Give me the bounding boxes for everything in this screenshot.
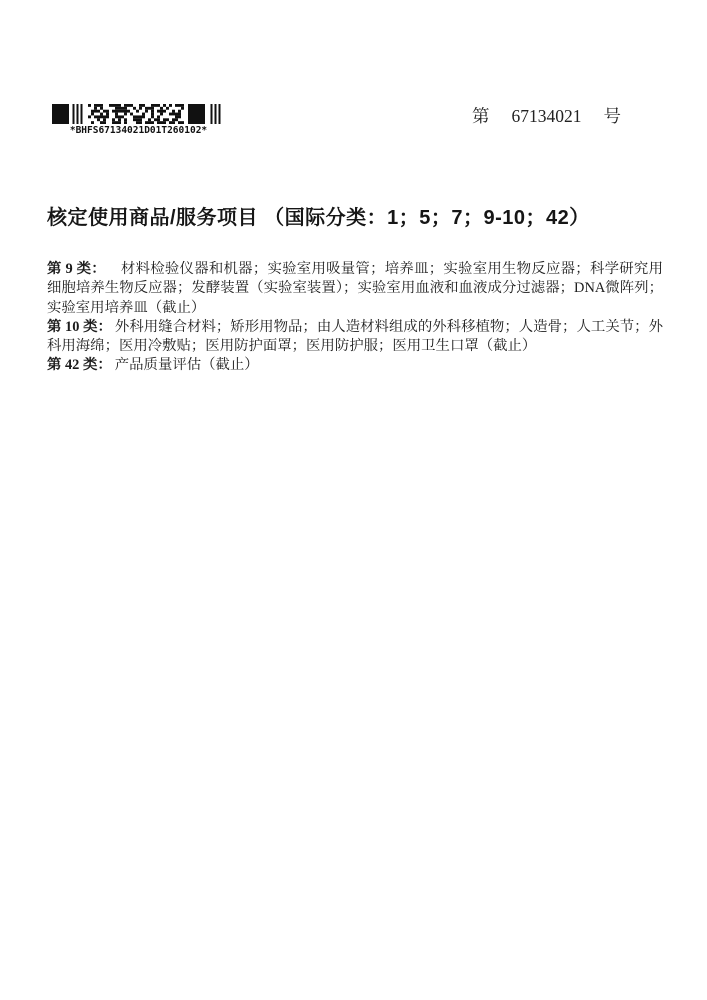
document-page: *BHFS67134021D01T260102* 第 67134021 号 核定… xyxy=(0,0,707,1000)
class-label: 第 9 类： xyxy=(47,261,106,277)
registration-number: 第 67134021 号 xyxy=(472,103,621,128)
registration-suffix: 号 xyxy=(604,103,622,128)
page-title: 核定使用商品/服务项目 （国际分类：1；5；7；9-10；42） xyxy=(47,201,590,230)
class-label: 第 42 类： xyxy=(47,357,112,373)
barcode-caption: *BHFS67134021D01T260102* xyxy=(52,125,225,136)
class-label: 第 10 类： xyxy=(47,319,112,335)
registration-value: 67134021 xyxy=(512,106,582,127)
barcode-block: *BHFS67134021D01T260102* xyxy=(52,104,225,136)
class-entry-9: 第 9 类：材料检验仪器和机器；实验室用吸量管；培养皿；实验室用生物反应器；科学… xyxy=(47,260,663,318)
barcode-icon xyxy=(52,104,225,124)
class-items: 外科用缝合材料；矫形用物品；由人造材料组成的外科移植物；人造骨；人工关节；外科用… xyxy=(47,319,663,354)
goods-services-list: 第 9 类：材料检验仪器和机器；实验室用吸量管；培养皿；实验室用生物反应器；科学… xyxy=(47,260,663,376)
registration-prefix: 第 xyxy=(472,103,490,128)
class-items: 产品质量评估（截止） xyxy=(115,357,259,373)
class-items: 材料检验仪器和机器；实验室用吸量管；培养皿；实验室用生物反应器；科学研究用细胞培… xyxy=(47,261,663,316)
class-entry-10: 第 10 类：外科用缝合材料；矫形用物品；由人造材料组成的外科移植物；人造骨；人… xyxy=(47,318,663,357)
class-entry-42: 第 42 类：产品质量评估（截止） xyxy=(47,356,663,375)
